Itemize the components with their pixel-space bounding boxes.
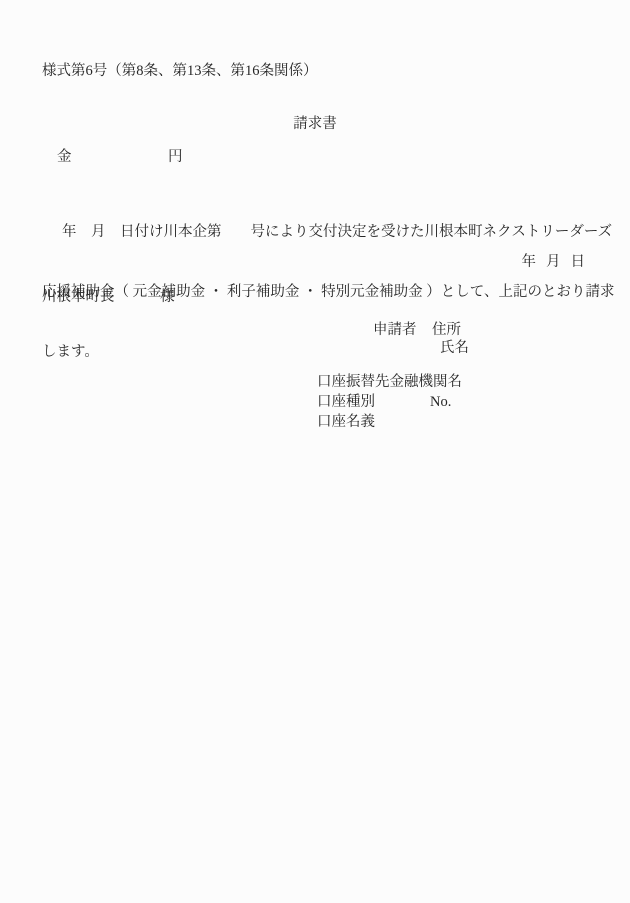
account-type-label: 口座種別	[317, 392, 375, 412]
account-bank-label: 口座振替先金融機関名	[317, 372, 462, 392]
account-number-label: No.	[430, 392, 451, 412]
date-month-label: 月	[546, 252, 561, 272]
request-paragraph-line: 応援補助金（ 元金補助金 ・ 利子補助金 ・ 特別元金補助金 ）として、上記のと…	[42, 282, 594, 302]
form-number: 様式第6号（第8条、第13条、第16条関係）	[42, 61, 318, 81]
document-page: 様式第6号（第8条、第13条、第16条関係） 請求書 金 円 年 月 日付け川本…	[0, 0, 630, 903]
date-year-label: 年	[522, 252, 537, 272]
amount-currency-suffix: 円	[168, 147, 183, 167]
addressee-honorific: 様	[160, 287, 175, 307]
date-line: 年 月 日	[522, 252, 586, 272]
amount-currency-prefix: 金	[57, 147, 72, 167]
document-title: 請求書	[0, 114, 630, 134]
applicant-label: 申請者	[373, 320, 417, 340]
request-paragraph-line: 年 月 日付け川本企第 号により交付決定を受けた川根本町ネクストリーダーズ	[42, 222, 594, 242]
request-paragraph-line: します。	[42, 342, 594, 362]
request-paragraph: 年 月 日付け川本企第 号により交付決定を受けた川根本町ネクストリーダーズ 応援…	[42, 182, 594, 402]
date-day-label: 日	[571, 252, 586, 272]
applicant-name-label: 氏名	[440, 338, 469, 358]
account-holder-label: 口座名義	[317, 412, 375, 432]
addressee-name: 川根本町長	[42, 287, 115, 307]
applicant-address-label: 住所	[432, 320, 461, 340]
